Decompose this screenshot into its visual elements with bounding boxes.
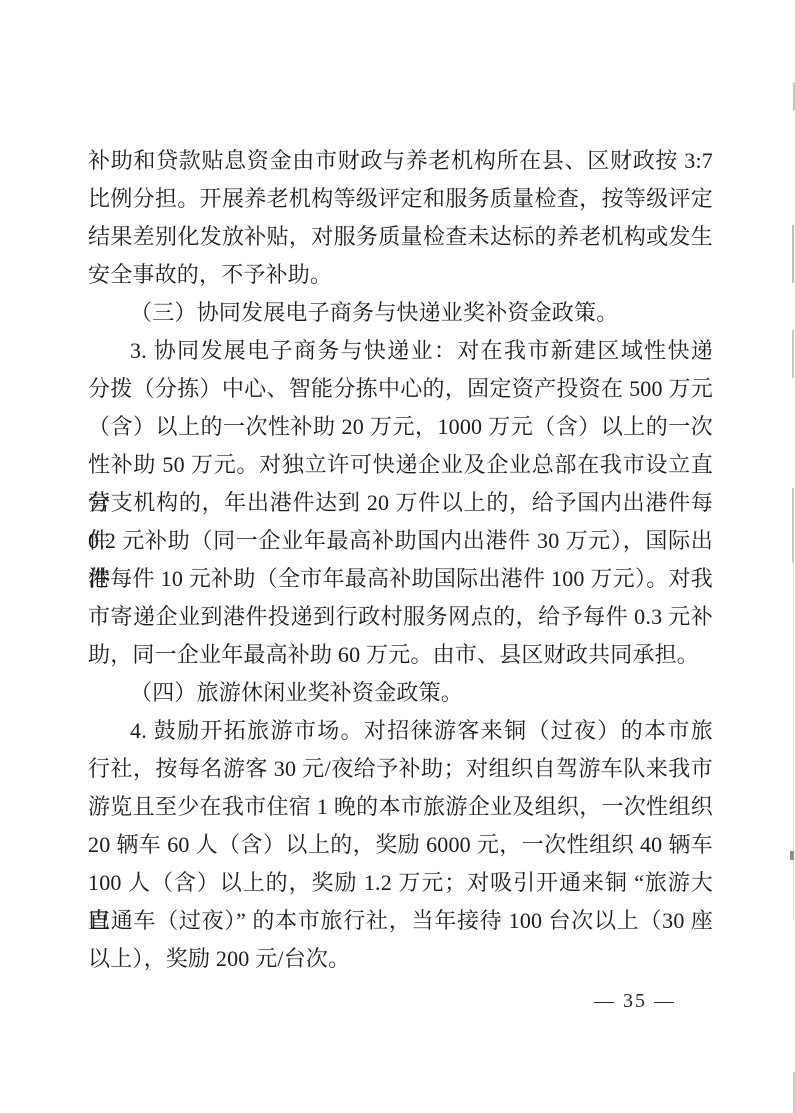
scan-artifact (793, 860, 794, 920)
scan-artifact (792, 330, 794, 378)
text-line: 20 辆车 60 人（含）以上的，奖励 6000 元，一次性组织 40 辆车 (88, 826, 713, 864)
document-page: 补助和贷款贴息资金由市财政与养老机构所在县、区财政按 3:7 比例分担。开展养老… (0, 0, 795, 1113)
body-text: 补助和贷款贴息资金由市财政与养老机构所在县、区财政按 3:7 比例分担。开展养老… (88, 142, 713, 978)
text-line: 市寄递企业到港件投递到行政村服务网点的，给予每件 0.3 元补 (88, 598, 713, 636)
text-line: （含）以上的一次性补助 20 万元，1000 万元（含）以上的一次 (88, 408, 713, 446)
scan-artifact (792, 225, 794, 283)
text-line: 3. 协同发展电子商务与快递业：对在我市新建区域性快递 (88, 332, 713, 370)
text-line: 性补助 50 万元。对独立许可快递企业及企业总部在我市设立直营 (88, 446, 713, 484)
scan-artifact (792, 488, 794, 563)
text-line: 助，同一企业年最高补助 60 万元。由市、县区财政共同承担。 (88, 636, 713, 674)
text-line: 直通车（过夜）” 的本市旅行社，当年接待 100 台次以上（30 座 (88, 902, 713, 940)
page-number: — 35 — (560, 990, 710, 1013)
text-line: 安全事故的，不予补助。 (88, 256, 713, 294)
text-line: 100 人（含）以上的，奖励 1.2 万元；对吸引开通来铜 “旅游大巴 (88, 864, 713, 902)
text-line: 分支机构的，年出港件达到 20 万件以上的，给予国内出港件每件 (88, 484, 713, 522)
text-line: 比例分担。开展养老机构等级评定和服务质量检查，按等级评定 (88, 180, 713, 218)
text-line: 分拨（分拣）中心、智能分拣中心的，固定资产投资在 500 万元 (88, 370, 713, 408)
scan-artifact (793, 563, 794, 853)
scan-artifact (790, 851, 794, 860)
text-line: 4. 鼓励开拓旅游市场。对招徕游客来铜（过夜）的本市旅 (88, 712, 713, 750)
text-line: 以上），奖励 200 元/台次。 (88, 940, 713, 978)
text-line: 结果差别化发放补贴，对服务质量检查未达标的养老机构或发生 (88, 218, 713, 256)
text-line: 补助和贷款贴息资金由市财政与养老机构所在县、区财政按 3:7 (88, 142, 713, 180)
text-line: 行社，按每名游客 30 元/夜给予补助；对组织自驾游车队来我市 (88, 750, 713, 788)
section-heading: （三）协同发展电子商务与快递业奖补资金政策。 (88, 294, 713, 332)
section-heading: （四）旅游休闲业奖补资金政策。 (88, 674, 713, 712)
text-line: 游览且至少在我市住宿 1 晚的本市旅游企业及组织，一次性组织 (88, 788, 713, 826)
text-line: 件每件 10 元补助（全市年最高补助国际出港件 100 万元）。对我 (88, 560, 713, 598)
text-line: 0.2 元补助（同一企业年最高补助国内出港件 30 万元），国际出港 (88, 522, 713, 560)
